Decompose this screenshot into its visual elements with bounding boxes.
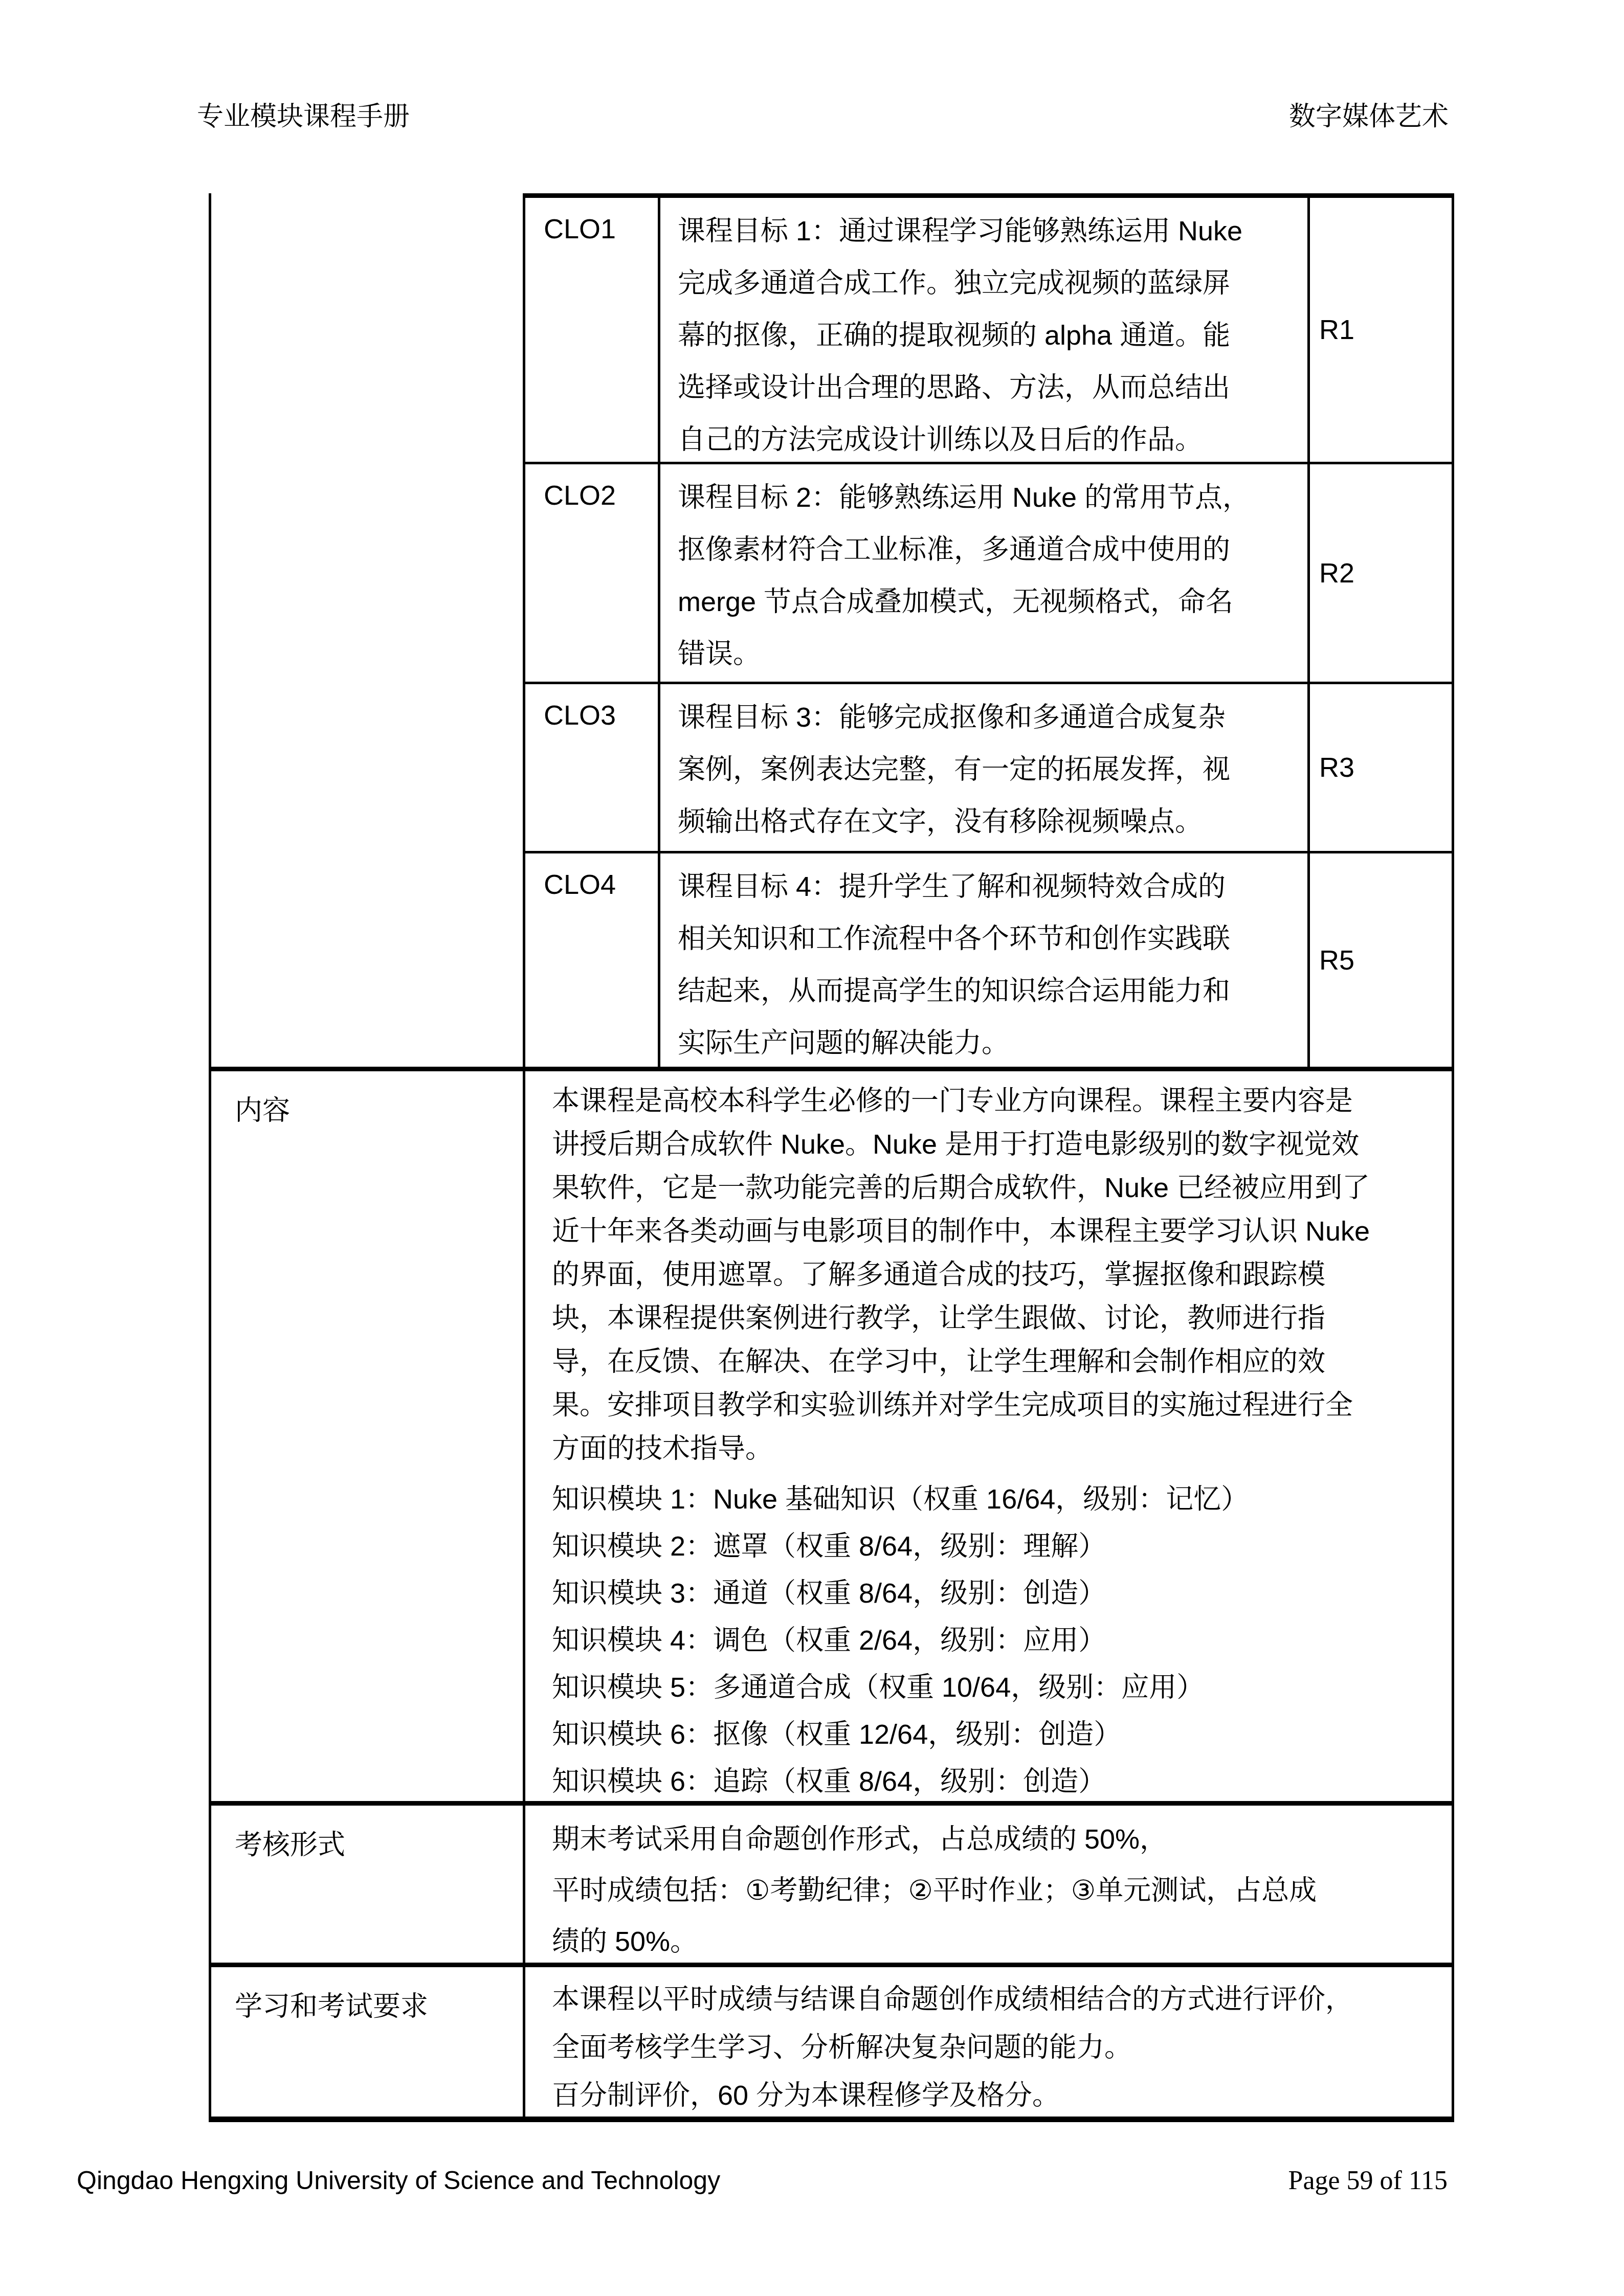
requirements-text: 本课程以平时成绩与结课自命题创作成绩相结合的方式进行评价， 全面考核学生学习、分…	[552, 1975, 1437, 2117]
page-footer: Qingdao Hengxing University of Science a…	[77, 2166, 1448, 2196]
clo3-mapping-cell: R3	[1307, 682, 1452, 851]
clo1-mapping-cell: R1	[1307, 193, 1452, 462]
knowledge-modules-list: 知识模块 1：Nuke 基础知识（权重 16/64，级别：记忆） 知识模块 2：…	[552, 1476, 1437, 1801]
header-title-left: 专业模块课程手册	[197, 100, 410, 133]
clo3-mapping: R3	[1319, 752, 1354, 783]
clo4-description-cell: 课程目标 4：提升学生了解和视频特效合成的 相关知识和工作流程中各个环节和创作实…	[658, 851, 1307, 1067]
header-title-right: 数字媒体艺术	[1289, 100, 1449, 133]
clo2-description-cell: 课程目标 2：能够熟练运用 Nuke 的常用节点， 抠像素材符合工业标准，多通道…	[658, 462, 1307, 682]
page-header: 专业模块课程手册 数字媒体艺术	[197, 100, 1449, 133]
clo2-mapping-cell: R2	[1307, 462, 1452, 682]
empty-label-cell	[209, 193, 523, 1067]
assessment-section-label: 考核形式	[209, 1801, 523, 1963]
requirements-section-cell: 本课程以平时成绩与结课自命题创作成绩相结合的方式进行评价， 全面考核学生学习、分…	[523, 1963, 1452, 2117]
clo3-id-cell: CLO3	[523, 682, 658, 851]
clo1-id-cell: CLO1	[523, 193, 658, 462]
clo3-description-cell: 课程目标 3：能够完成抠像和多通道合成复杂 案例，案例表达完整，有一定的拓展发挥…	[658, 682, 1307, 851]
clo4-mapping-cell: R5	[1307, 851, 1452, 1067]
clo4-mapping: R5	[1319, 944, 1354, 976]
clo1-mapping: R1	[1319, 314, 1354, 346]
clo2-mapping: R2	[1319, 557, 1354, 589]
assessment-text: 期末考试采用自命题创作形式，占总成绩的 50%， 平时成绩包括：①考勤纪律；②平…	[552, 1814, 1437, 1963]
content-paragraph: 本课程是高校本科学生必修的一门专业方向课程。课程主要内容是 讲授后期合成软件 N…	[552, 1079, 1437, 1471]
footer-university-name: Qingdao Hengxing University of Science a…	[77, 2166, 720, 2195]
content-section-label: 内容	[209, 1067, 523, 1801]
document-page: 专业模块课程手册 数字媒体艺术 CLO1 课程目标 1：通过课程学习能够熟练运用…	[0, 0, 1624, 2296]
footer-page-number: Page 59 of 115	[1288, 2166, 1448, 2196]
clo1-description-cell: 课程目标 1：通过课程学习能够熟练运用 Nuke 完成多通道合成工作。独立完成视…	[658, 193, 1307, 462]
requirements-section-label: 学习和考试要求	[209, 1963, 523, 2117]
course-outline-table: CLO1 课程目标 1：通过课程学习能够熟练运用 Nuke 完成多通道合成工作。…	[209, 193, 1454, 2122]
assessment-section-cell: 期末考试采用自命题创作形式，占总成绩的 50%， 平时成绩包括：①考勤纪律；②平…	[523, 1801, 1452, 1963]
clo2-id-cell: CLO2	[523, 462, 658, 682]
content-section-cell: 本课程是高校本科学生必修的一门专业方向课程。课程主要内容是 讲授后期合成软件 N…	[523, 1067, 1452, 1801]
clo4-id-cell: CLO4	[523, 851, 658, 1067]
